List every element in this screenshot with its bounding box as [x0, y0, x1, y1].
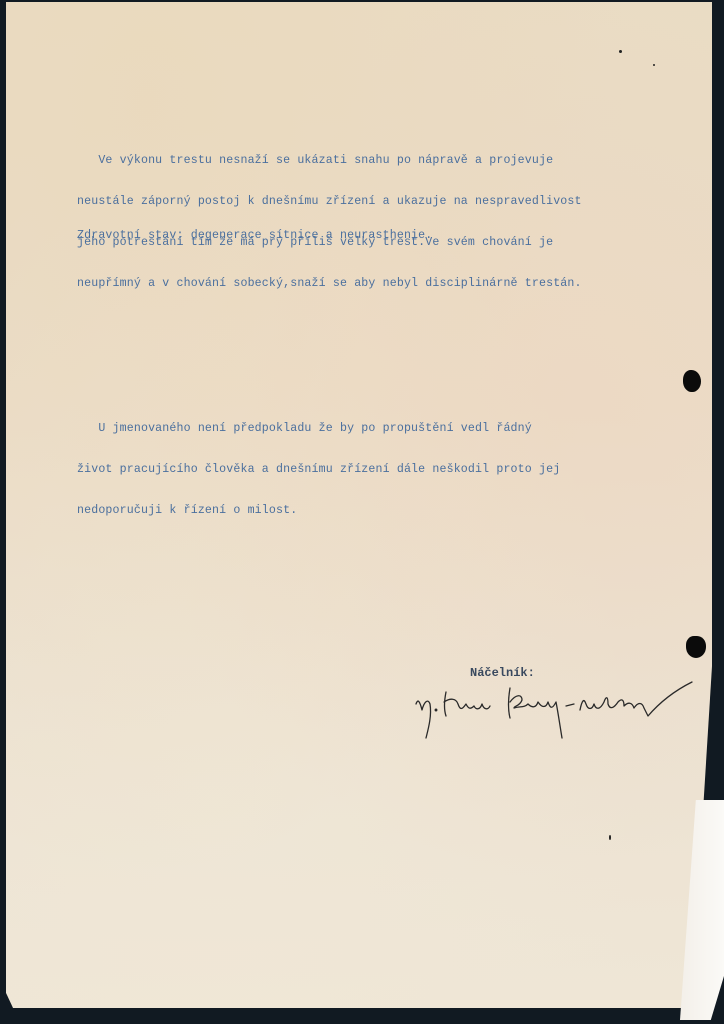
- text-line: neupřímný a v chování sobecký,snaží se a…: [77, 277, 582, 291]
- paragraph-recommendation: U jmenovaného není předpokladu že by po …: [77, 395, 560, 531]
- paper-speck: [653, 64, 655, 66]
- text-line: Ve výkonu trestu nesnaží se ukázati snah…: [77, 154, 582, 168]
- paper-speck: [609, 835, 611, 840]
- punch-hole: [683, 370, 701, 392]
- paragraph-health: Zdravotní stav: degenerace sítnice a neu…: [77, 202, 432, 256]
- text-line: život pracujícího člověka a dnešnímu zří…: [77, 463, 560, 477]
- punch-hole: [686, 636, 706, 658]
- paper-speck: [619, 50, 622, 53]
- handwritten-signature: [410, 672, 700, 752]
- text-line: U jmenovaného není předpokladu že by po …: [77, 422, 560, 436]
- text-line: Zdravotní stav: degenerace sítnice a neu…: [77, 229, 432, 243]
- text-line: nedoporučuji k řízení o milost.: [77, 504, 560, 518]
